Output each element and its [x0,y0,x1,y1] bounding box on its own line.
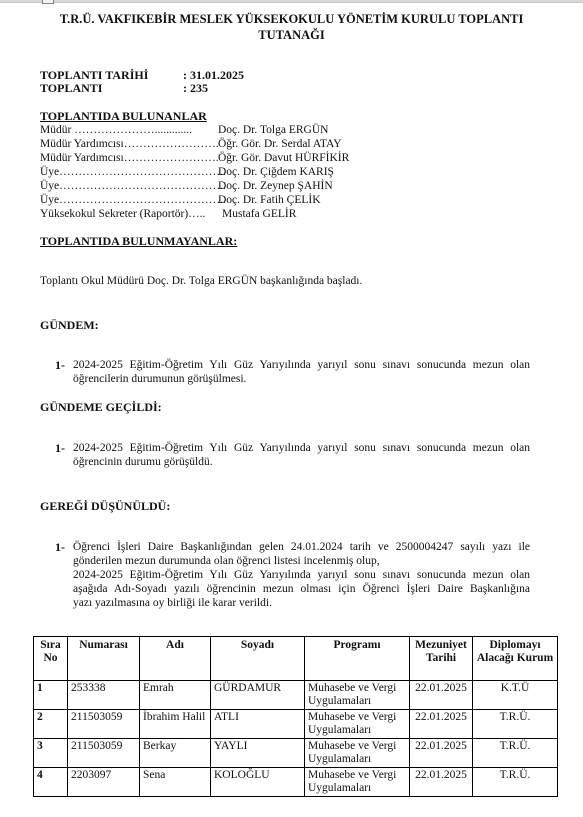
header-diploma-kurum: Diplomayı Alacağı Kurum [473,637,558,681]
cell-mezuniyet-tarihi: 22.01.2025 [410,768,473,797]
table-row: 42203097SenaKOLOĞLUMuhasebe ve Vergi Uyg… [34,768,558,797]
cell-mezuniyet-tarihi: 22.01.2025 [410,681,473,710]
header-adi: Adı [140,637,211,681]
agenda-item-line: 2024-2025 Eğitim-Öğretim Yılı Güz Yarıyı… [73,358,530,372]
attendee-row: Üye……………………………………..Doç. Dr. Fatih ÇELİK [40,193,440,207]
proceedings-item-number: 1- [55,441,65,456]
attendee-role: Yüksekokul Sekreter (Raportör)….. [40,207,205,221]
header-sira-no: Sıra No [34,637,68,681]
attendee-name: Doç. Dr. Zeynep ŞAHİN [218,179,333,193]
header-programi: Programı [305,637,410,681]
cell-diploma-kurum: T.R.Ü. [473,710,558,739]
decision-item-number: 1- [55,540,65,555]
decision-item-line: gönderilen mezun durumunda olan öğrenci … [73,554,530,568]
agenda-item-line: öğrencilerin durumunun görüşülmesi. [73,372,530,386]
attendee-role: Üye…………………………………….. [40,179,226,193]
cell-adi: İbrahim Halil [140,710,211,739]
proceedings-heading: GÜNDEME GEÇİLDİ: [40,400,162,415]
cell-numarasi: 211503059 [68,739,140,768]
decision-item-line: aşağıda Adı-Soyadı yazılı öğrencinin mez… [73,582,530,596]
table-row: 1253338EmrahGÜRDAMURMuhasebe ve Vergi Uy… [34,681,558,710]
decision-heading: GEREĞİ DÜŞÜNÜLDÜ: [40,499,170,514]
cell-numarasi: 253338 [68,681,140,710]
agenda-item-text: 2024-2025 Eğitim-Öğretim Yılı Güz Yarıyı… [73,358,530,386]
graduates-table: Sıra No Numarası Adı Soyadı Programı Mez… [33,636,558,797]
attendee-name: Doç. Dr. Tolga ERGÜN [218,123,328,137]
attendee-row: Müdür Yardımcısı…………………….Öğr. Gör. Davut… [40,151,440,165]
cell-soyadi: GÜRDAMUR [211,681,305,710]
document-title-line-1: T.R.Ü. VAKFIKEBİR MESLEK YÜKSEKOKULU YÖN… [0,11,583,27]
attendee-role: Üye…………………………………….. [40,193,226,207]
decision-item-line: yazı yazılmasına oy birliği ile karar ve… [73,596,530,610]
meeting-number-label: TOPLANTI [40,81,102,96]
cell-programi: Muhasebe ve Vergi Uygulamaları [305,768,410,797]
cell-programi: Muhasebe ve Vergi Uygulamaları [305,710,410,739]
agenda-heading: GÜNDEM: [40,318,99,333]
attendee-name: Doç. Dr. Fatih ÇELİK [218,193,321,207]
cell-sira-no: 4 [34,768,68,797]
attendees-heading: TOPLANTIDA BULUNANLAR [40,109,207,124]
cell-soyadi: KOLOĞLU [211,768,305,797]
cell-diploma-kurum: T.R.Ü. [473,768,558,797]
attendee-name: Öğr. Gör. Dr. Serdal ATAY [218,137,342,151]
cell-numarasi: 2203097 [68,768,140,797]
attendee-role: Müdür Yardımcısı……………………. [40,151,219,165]
cell-adi: Emrah [140,681,211,710]
attendee-role: Müdür Yardımcısı……………………. [40,137,219,151]
header-soyadi: Soyadı [211,637,305,681]
cell-programi: Muhasebe ve Vergi Uygulamaları [305,681,410,710]
attendee-row: Müdür Yardımcısı…………………….Öğr. Gör. Dr. S… [40,137,440,151]
cell-adi: Sena [140,768,211,797]
document-title-line-2: TUTANAĞI [0,27,583,43]
proceedings-item-line: öğrencinin durumu görüşüldü. [73,455,530,469]
meeting-number-value: : 235 [183,81,208,96]
page-top-ruler [0,0,583,3]
attendee-role: Müdür …………………............. [40,123,192,137]
attendee-row: Üye……………………………………..Doç. Dr. Çiğdem KARIŞ [40,165,440,179]
header-numarasi: Numarası [68,637,140,681]
cell-diploma-kurum: T.R.Ü. [473,739,558,768]
cell-adi: Berkay [140,739,211,768]
table-row: 2211503059İbrahim HalilATLIMuhasebe ve V… [34,710,558,739]
cell-numarasi: 211503059 [68,710,140,739]
cell-soyadi: YAYLI [211,739,305,768]
decision-item-text: Öğrenci İşleri Daire Başkanlığından gele… [73,540,530,610]
cell-mezuniyet-tarihi: 22.01.2025 [410,710,473,739]
attendee-row: Yüksekokul Sekreter (Raportör)…..Mustafa… [40,207,440,221]
proceedings-item-text: 2024-2025 Eğitim-Öğretim Yılı Güz Yarıyı… [73,441,530,469]
cell-soyadi: ATLI [211,710,305,739]
cell-sira-no: 3 [34,739,68,768]
proceedings-item-line: 2024-2025 Eğitim-Öğretim Yılı Güz Yarıyı… [73,441,530,455]
cell-diploma-kurum: K.T.Ü [473,681,558,710]
absentees-heading: TOPLANTIDA BULUNMAYANLAR: [40,234,237,249]
attendee-row: Üye……………………………………..Doç. Dr. Zeynep ŞAHİN [40,179,440,193]
attendee-role: Üye…………………………………….. [40,165,226,179]
agenda-item-number: 1- [55,358,65,373]
attendee-name: Mustafa GELİR [222,207,296,221]
cell-mezuniyet-tarihi: 22.01.2025 [410,739,473,768]
header-mezuniyet-tarihi: Mezuniyet Tarihi [410,637,473,681]
decision-item-line: 2024-2025 Eğitim-Öğretim Yılı Güz Yarıyı… [73,568,530,582]
decision-item-line: Öğrenci İşleri Daire Başkanlığından gele… [73,540,530,554]
cell-sira-no: 2 [34,710,68,739]
attendee-name: Öğr. Gör. Davut HÜRFİKİR [218,151,349,165]
cell-sira-no: 1 [34,681,68,710]
cell-programi: Muhasebe ve Vergi Uygulamaları [305,739,410,768]
table-header-row: Sıra No Numarası Adı Soyadı Programı Mez… [34,637,558,681]
table-row: 3211503059BerkayYAYLIMuhasebe ve Vergi U… [34,739,558,768]
ruler-indent-marker[interactable] [42,0,54,4]
attendee-row: Müdür ………………….............Doç. Dr. Tolga… [40,123,440,137]
opening-sentence: Toplantı Okul Müdürü Doç. Dr. Tolga ERGÜ… [40,275,362,287]
attendee-name: Doç. Dr. Çiğdem KARIŞ [218,165,334,179]
